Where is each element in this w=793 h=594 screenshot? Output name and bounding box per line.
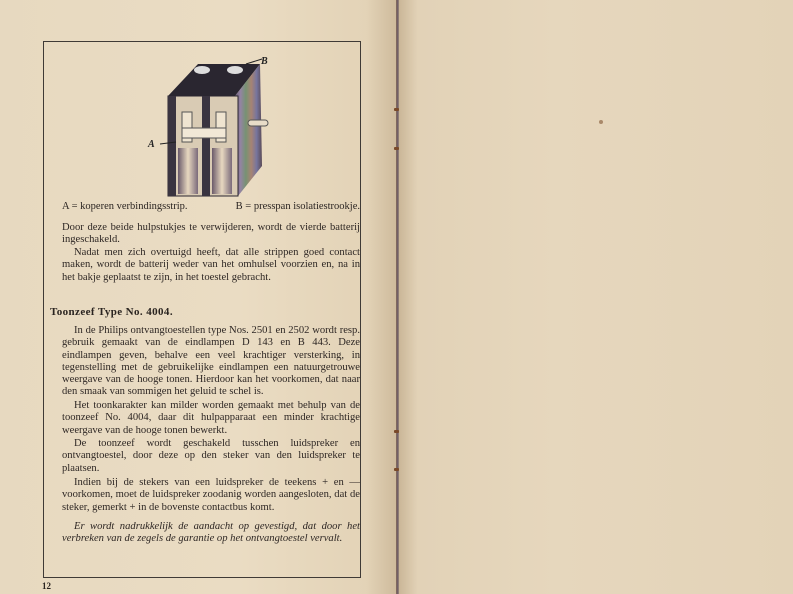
section-heading: Toonzeef Type No. 4004. (50, 306, 173, 318)
binding-stitch (394, 147, 399, 150)
figure-caption: A = koperen verbindingsstrip. B = pressp… (62, 201, 360, 212)
paragraph: Nadat men zich overtuigd heeft, dat alle… (62, 247, 360, 284)
caption-b: B = presspan isolatiestrookje. (236, 201, 360, 212)
paper-spot (599, 120, 603, 124)
paragraph: Door deze beide hulpstukjes te verwijder… (62, 222, 360, 247)
caption-a: A = koperen verbindingsstrip. (62, 201, 188, 212)
battery-illustration: A B (140, 56, 270, 199)
paragraph: In de Philips ontvangtoestellen type Nos… (62, 325, 360, 399)
binding-stitch (394, 108, 399, 111)
right-page-blank (398, 0, 793, 594)
binding-stitch (394, 468, 399, 471)
warranty-notice: Er wordt nadrukkelijk de aandacht op gev… (62, 521, 360, 546)
figure-label-a: A (147, 139, 155, 150)
paragraph: Het toonkarakter kan milder worden gemaa… (62, 400, 360, 437)
book-gutter (396, 0, 399, 594)
figure-label-b: B (260, 56, 268, 67)
binding-stitch (394, 430, 399, 433)
paragraph: Indien bij de stekers van een luidspreke… (62, 477, 360, 514)
book-spread: A B A = koperen verbindingsstrip. B = pr… (0, 0, 793, 594)
paragraph: De toonzeef wordt geschakeld tusschen lu… (62, 438, 360, 475)
page-number: 12 (42, 581, 51, 591)
